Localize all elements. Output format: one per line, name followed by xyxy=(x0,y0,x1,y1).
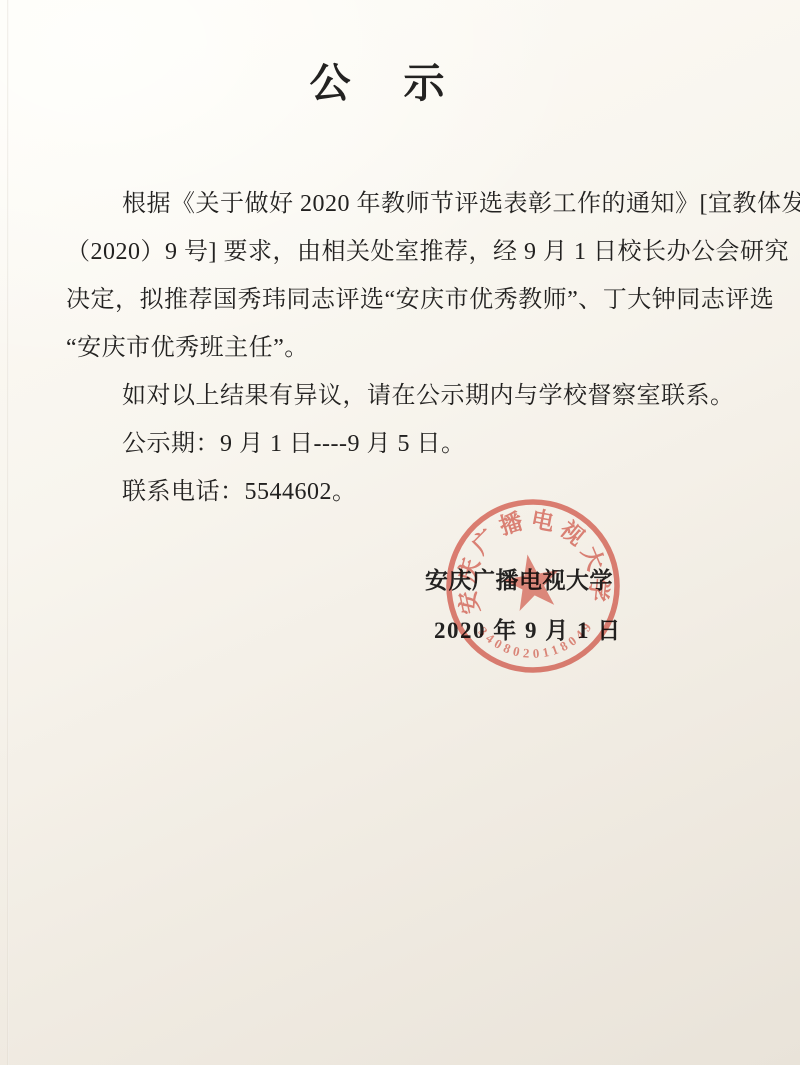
page-title: 公 示 xyxy=(0,50,760,109)
issuer-name: 安庆广播电视大学 xyxy=(425,556,622,606)
body-line: 决定，拟推荐国秀玮同志评选“安庆市优秀教师”、丁大钟同志评选 xyxy=(66,276,748,324)
body-line: 联系电话：5544602。 xyxy=(66,468,748,516)
issue-date: 2020 年 9 月 1 日 xyxy=(425,606,622,656)
body-line: “安庆市优秀班主任”。 xyxy=(66,324,748,372)
body-line: 公示期：9 月 1 日----9 月 5 日。 xyxy=(66,420,748,468)
body-line: 根据《关于做好 2020 年教师节评选表彰工作的通知》[宜教体发 xyxy=(66,180,748,228)
document-body: 根据《关于做好 2020 年教师节评选表彰工作的通知》[宜教体发 （2020）9… xyxy=(66,180,748,516)
body-line: （2020）9 号] 要求，由相关处室推荐，经 9 月 1 日校长办公会研究 xyxy=(66,228,748,276)
notice-document-page: 公 示 根据《关于做好 2020 年教师节评选表彰工作的通知》[宜教体发 （20… xyxy=(0,0,800,1065)
body-line: 如对以上结果有异议，请在公示期内与学校督察室联系。 xyxy=(66,372,748,420)
signature-block: 安庆广播电视大学 2020 年 9 月 1 日 xyxy=(425,556,622,656)
